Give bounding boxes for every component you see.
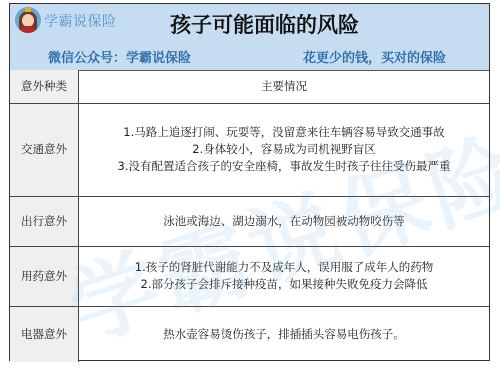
details-cell: 泳池或海边、湖边溺水，在动物园被动物咬伤等 bbox=[79, 196, 490, 246]
detail-line: 热水壶容易烫伤孩子，排插插头容易电伤孩子。 bbox=[83, 326, 485, 343]
details-cell: 1.孩子的肾脏代谢能力不及成年人，误用服了成年人的药物 2.部分孩子会排斥接种疫… bbox=[79, 246, 490, 306]
slogan: 花更少的钱，买对的保险 bbox=[303, 47, 446, 66]
detail-line: 泳池或海边、湖边溺水，在动物园被动物咬伤等 bbox=[83, 213, 485, 230]
category-cell: 出行意外 bbox=[10, 196, 79, 246]
wechat-account-label: 微信公众号：学霸说保险 bbox=[48, 47, 191, 66]
detail-line: 1.马路上追逐打闹、玩耍等，没留意来往车辆容易导致交通事故 bbox=[83, 124, 485, 141]
details-cell: 热水壶容易烫伤孩子，排插插头容易电伤孩子。 bbox=[79, 306, 490, 362]
detail-line: 2.部分孩子会排斥接种疫苗，如果接种失败免疫力会降低 bbox=[83, 276, 485, 293]
table-row: 用药意外 1.孩子的肾脏代谢能力不及成年人，误用服了成年人的药物 2.部分孩子会… bbox=[10, 246, 489, 306]
category-cell: 用药意外 bbox=[10, 246, 79, 306]
table-row: 电器意外 热水壶容易烫伤孩子，排插插头容易电伤孩子。 bbox=[10, 306, 489, 362]
table-row: 交通意外 1.马路上追逐打闹、玩耍等，没留意来往车辆容易导致交通事故 2.身体较… bbox=[10, 103, 489, 196]
risk-table: 意外种类 主要情况 交通意外 1.马路上追逐打闹、玩耍等，没留意来往车辆容易导致… bbox=[10, 70, 489, 362]
page-title: 孩子可能面临的风险 bbox=[10, 9, 489, 39]
category-cell: 交通意外 bbox=[10, 103, 79, 196]
details-cell: 1.马路上追逐打闹、玩耍等，没留意来往车辆容易导致交通事故 2.身体较小，容易成… bbox=[79, 103, 490, 196]
detail-line: 1.孩子的肾脏代谢能力不及成年人，误用服了成年人的药物 bbox=[83, 259, 485, 276]
table-header-row: 意外种类 主要情况 bbox=[10, 70, 489, 103]
detail-line: 2.身体较小，容易成为司机视野盲区 bbox=[83, 141, 485, 158]
header-category: 意外种类 bbox=[10, 70, 79, 103]
detail-line: 3.没有配置适合孩子的安全座椅，事故发生时孩子往往受伤最严重 bbox=[83, 158, 485, 175]
table-row: 出行意外 泳池或海边、湖边溺水，在动物园被动物咬伤等 bbox=[10, 196, 489, 246]
header-banner: 学霸说保险 孩子可能面临的风险 微信公众号：学霸说保险 花更少的钱，买对的保险 bbox=[10, 4, 489, 71]
category-cell: 电器意外 bbox=[10, 306, 79, 362]
risk-infographic: 学霸说保险 孩子可能面临的风险 微信公众号：学霸说保险 花更少的钱，买对的保险 … bbox=[9, 3, 490, 361]
header-details: 主要情况 bbox=[79, 70, 490, 103]
